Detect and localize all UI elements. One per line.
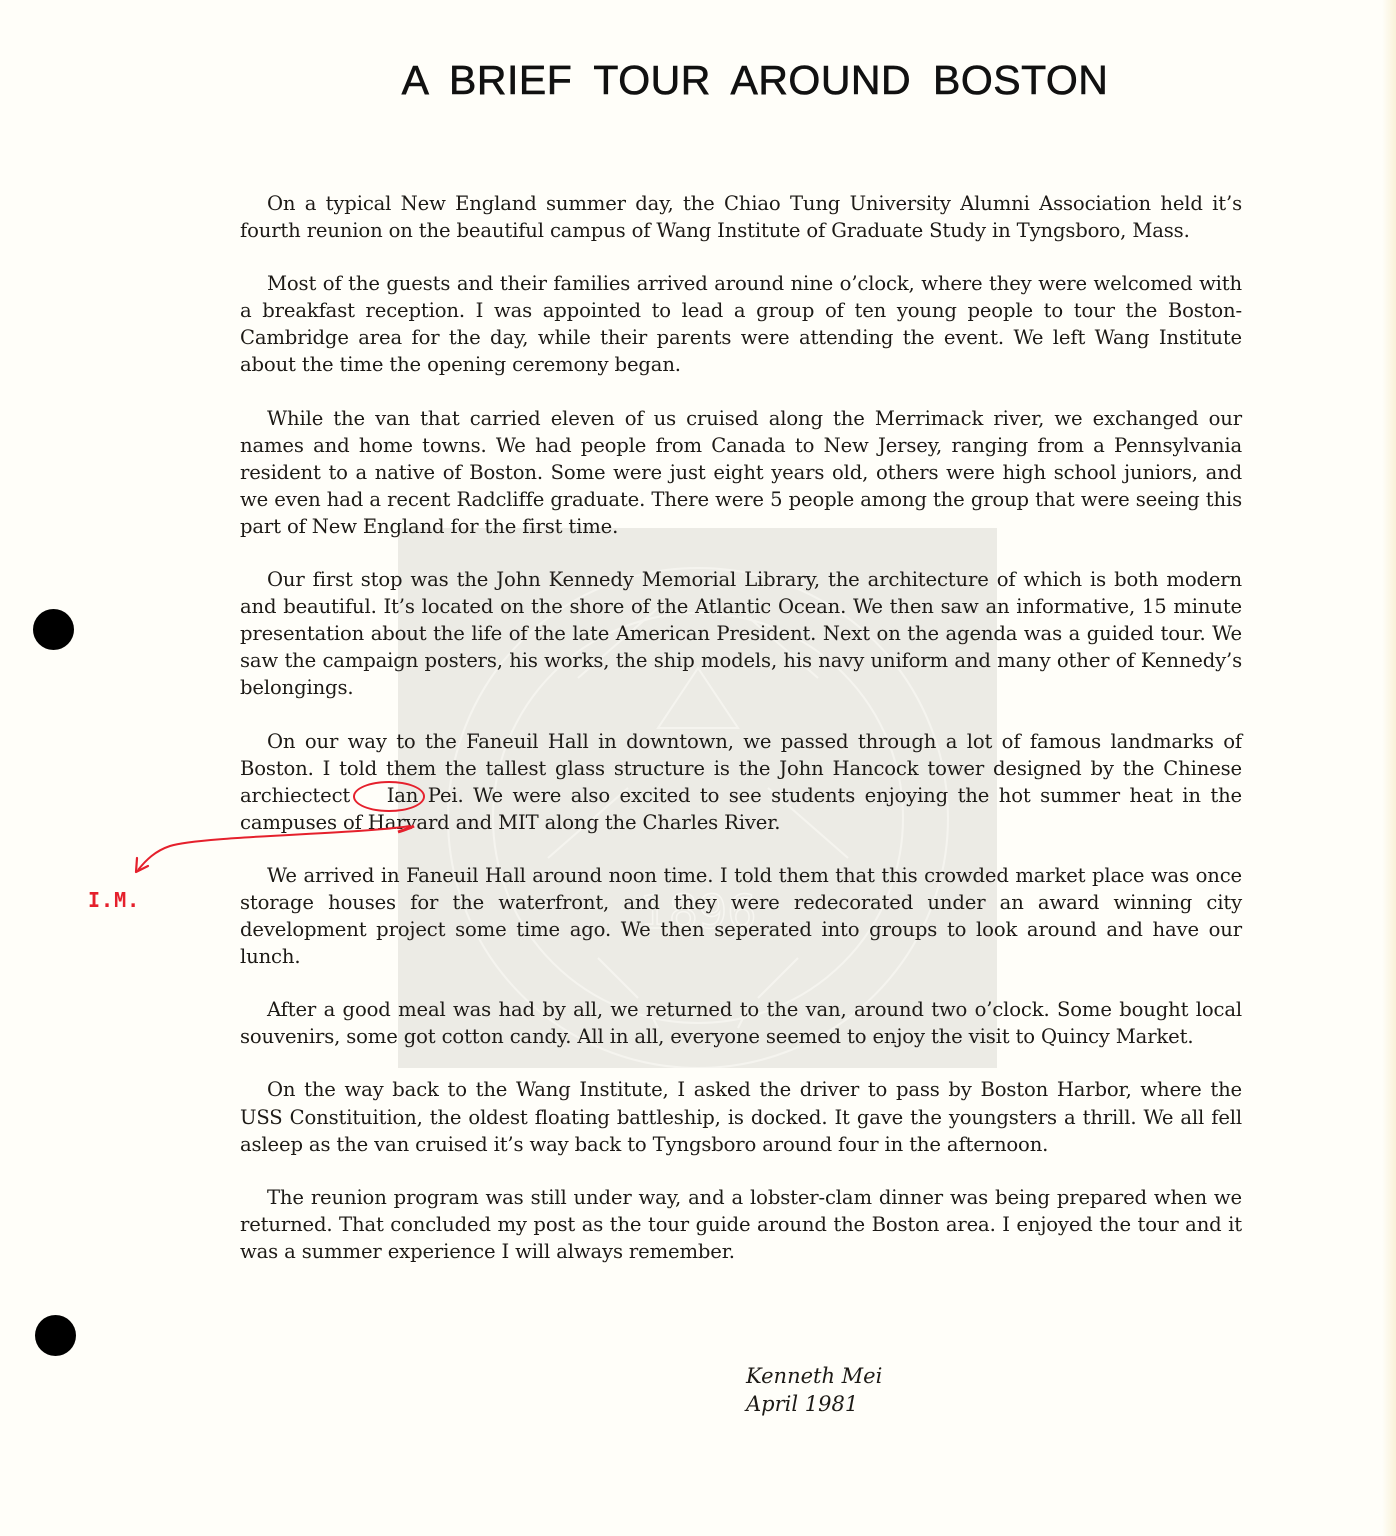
article-body: On a typical New England summer day, the… (240, 190, 1242, 1291)
paragraph-boston-harbor: On the way back to the Wang Institute, I… (240, 1076, 1242, 1157)
circled-correction-word: Ian (360, 782, 419, 809)
paragraph-faneuil-hall-lunch: We arrived in Faneuil Hall around noon t… (240, 862, 1242, 970)
paragraph-quincy-market: After a good meal was had by all, we ret… (240, 996, 1242, 1050)
paragraph-faneuil-hall-route: On our way to the Faneuil Hall in downto… (240, 728, 1242, 836)
handwritten-correction-note: I.M. (88, 888, 140, 912)
paragraph-kennedy-library: Our first stop was the John Kennedy Memo… (240, 566, 1242, 701)
signature-block: Kenneth Mei April 1981 (746, 1362, 882, 1418)
document-title: A BRIEF TOUR AROUND BOSTON (0, 57, 1396, 104)
paragraph-reunion-intro: On a typical New England summer day, the… (240, 190, 1242, 244)
binder-hole-top (33, 609, 74, 650)
paragraph-arrival: Most of the guests and their families ar… (240, 270, 1242, 378)
paragraph-van-ride: While the van that carried eleven of us … (240, 405, 1242, 540)
signature-author: Kenneth Mei (746, 1362, 882, 1390)
page-edge-shadow (1382, 0, 1396, 1536)
signature-date: April 1981 (746, 1390, 882, 1418)
binder-hole-bottom (35, 1315, 76, 1356)
paragraph-conclusion: The reunion program was still under way,… (240, 1184, 1242, 1265)
